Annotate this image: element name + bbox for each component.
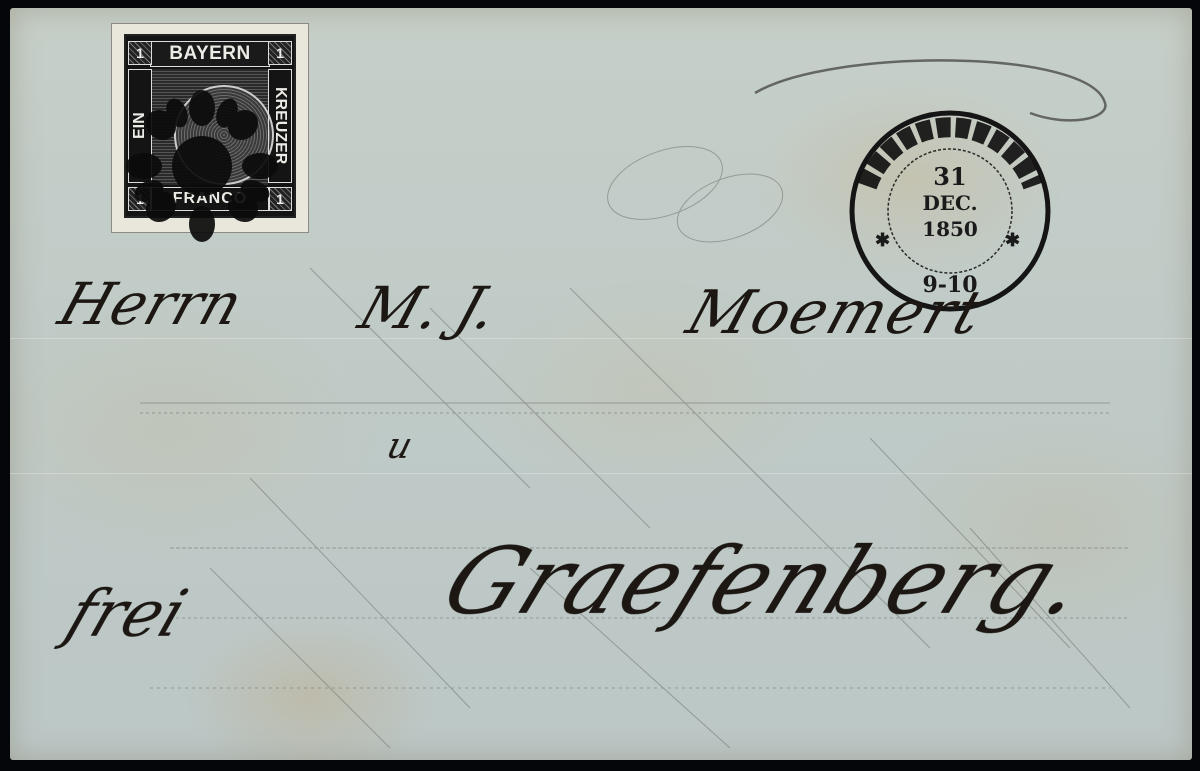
stamp-right-text: KREUZER: [268, 69, 292, 183]
stamp-numeral-circle: [174, 85, 274, 185]
address-initials: M. J.: [351, 274, 507, 342]
stamp-corner-value: 1: [128, 41, 152, 65]
postage-stamp: BAYERN 1 1 1 1 EIN KREUZER FRANCO: [112, 24, 308, 232]
stamp-design: BAYERN 1 1 1 1 EIN KREUZER FRANCO: [124, 34, 296, 218]
postmark-day: 31: [845, 164, 1055, 190]
stamp-corner-value: 1: [268, 41, 292, 65]
fold-line: [10, 473, 1192, 474]
letter-cover: BAYERN 1 1 1 1 EIN KREUZER FRANCO: [10, 8, 1192, 760]
fold-line: [10, 338, 1192, 339]
address-destination: Graefenberg.: [428, 528, 1103, 635]
stamp-left-text: EIN: [128, 69, 152, 183]
stamp-corner-value: 1: [128, 187, 152, 211]
stamp-country: BAYERN: [150, 41, 270, 67]
postmark-month: DEC.: [845, 190, 1055, 216]
stamp-bottom-text: FRANCO: [150, 187, 270, 211]
stamp-corner-value: 1: [268, 187, 292, 211]
address-salutation: Herrn: [51, 270, 251, 338]
address-surname: Moemert: [679, 278, 994, 348]
postmark-year: 1850: [845, 216, 1055, 242]
postmark-date: 31 DEC. 1850: [845, 164, 1055, 242]
address-preposition: u: [383, 426, 417, 467]
franking-note: frei: [57, 578, 197, 652]
stamp-background: [152, 69, 268, 185]
